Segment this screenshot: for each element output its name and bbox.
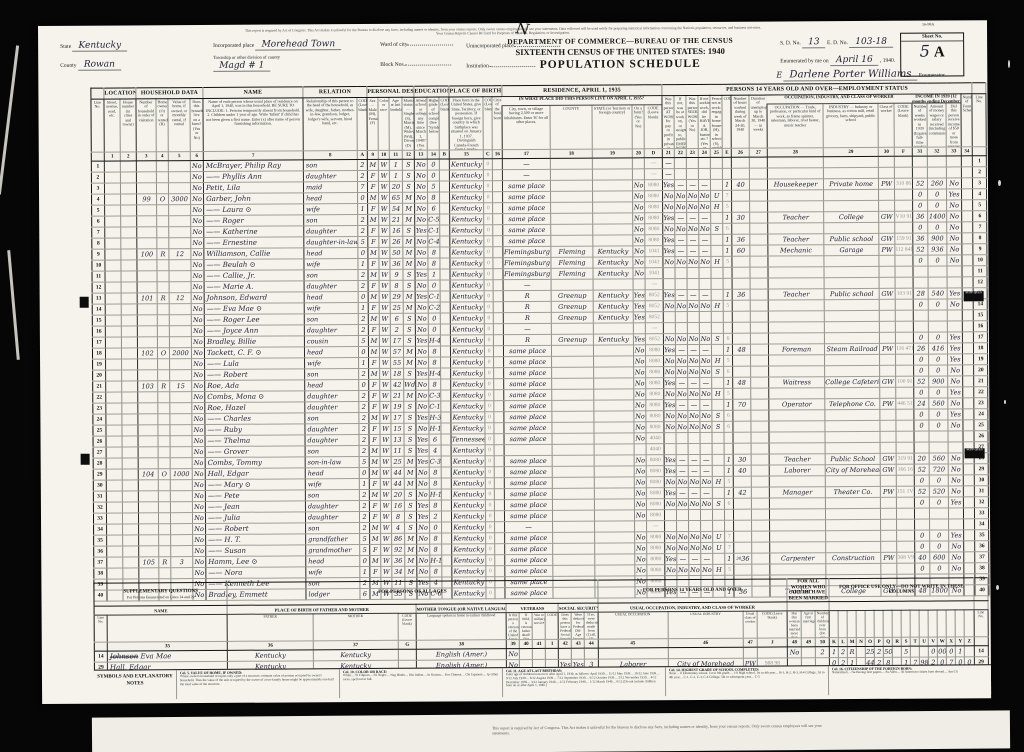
cell-gr: H-1 (430, 555, 442, 566)
cell-gr: H-1 (429, 489, 441, 500)
cell-val: 15 (170, 381, 192, 392)
column-number: 11 (389, 150, 402, 159)
cell-dcode: 8080 (647, 510, 665, 521)
cell-age: 13 (391, 434, 404, 445)
cell-rcounty: Fleming (551, 257, 593, 268)
cell-name: Roe, Ada (205, 380, 305, 392)
cell-tenure (157, 260, 169, 271)
cell-o13: 0 (947, 646, 956, 657)
cell-farm: No (191, 281, 204, 292)
cell-ln2: 16 (974, 321, 988, 332)
cell-tenure (158, 425, 170, 436)
cell-farm: No (191, 336, 204, 347)
cell-fcode (897, 563, 915, 574)
cell-ln: 8 (92, 238, 105, 249)
cell-uocc (598, 648, 668, 659)
cell-race: W (380, 456, 391, 467)
cell-rcity: same place (504, 422, 552, 433)
cell-bcode (440, 192, 450, 203)
cell-rfarm: No (634, 433, 646, 444)
cell-e3: No (688, 421, 700, 432)
cell-ln2: 18 (974, 343, 988, 354)
cell-cls (880, 387, 896, 398)
column-desc: Usual class of worker (743, 611, 757, 638)
cell-rc: 2 (359, 423, 369, 434)
cell-wage (927, 167, 946, 178)
cell-occ (767, 157, 823, 168)
cell-ind: Public school (824, 288, 879, 299)
cell-hrs (733, 443, 751, 454)
cell-fcode (895, 332, 913, 343)
cell-ecode: 1 (723, 212, 732, 223)
cell-age: 2 (390, 324, 403, 335)
cell-wks: 0 (914, 387, 929, 398)
cell-e1: No (665, 543, 677, 554)
cell-ecode (723, 267, 732, 278)
cell-house (122, 513, 138, 524)
cell-wks: 0 (913, 299, 928, 310)
cell-wage: 1400 (928, 211, 947, 222)
cell-house (121, 304, 137, 315)
cell-fcode (897, 508, 915, 519)
sheet-letter: A (934, 44, 945, 60)
cell-dur (751, 443, 769, 454)
cell-cit (494, 368, 504, 379)
cell-ecode: 5 (723, 300, 732, 311)
cell-gr: 0 (428, 313, 440, 324)
cell-hh (137, 260, 157, 271)
cell-e1: No (664, 389, 676, 400)
column-desc (901, 610, 910, 637)
column-desc: Marital status — Single (S), Married (M)… (402, 97, 414, 150)
cell-sex: F (368, 203, 379, 214)
cell-o8: 5 (902, 646, 911, 657)
cell-e1: No (664, 367, 676, 378)
cell-sch: No (415, 214, 428, 225)
cell-hrs (734, 564, 752, 575)
cell-rfarm: No (634, 488, 646, 499)
cell-e5: U (713, 531, 725, 542)
cell-rc: 1 (360, 566, 370, 577)
cell-dcode: 8080 (646, 389, 664, 400)
cell-rstate (594, 345, 634, 356)
column-desc: CODE (Leave blank) (398, 613, 416, 640)
cell-cls: PW (880, 398, 896, 409)
cell-bcode (441, 412, 451, 423)
cell-street (105, 238, 121, 249)
cell-street (106, 480, 122, 491)
cell-ln: 21 (93, 381, 106, 392)
cell-fcode (895, 255, 913, 266)
column-number: A (357, 150, 367, 159)
cell-mar: M (403, 291, 415, 302)
cell-e4: — (700, 344, 712, 355)
cell-house (121, 260, 137, 271)
cell-rcounty (552, 444, 594, 455)
cell-hh: 105 (139, 557, 159, 568)
cell-fcode (895, 310, 913, 321)
cell-age: 55 (391, 357, 404, 368)
cell-race: W (379, 291, 390, 302)
cell-race: W (380, 357, 391, 368)
cell-ecode: 6 (723, 333, 732, 344)
cell-farm: No (191, 226, 204, 237)
column-number: 5 (168, 152, 190, 161)
cell-rcounty (553, 554, 595, 565)
explanatory-note: Col. 10. COLOR OR RACE:White.... W Filip… (339, 668, 502, 698)
cell-sch: No (416, 467, 429, 478)
cell-val (170, 491, 192, 502)
cell-farm: No (192, 402, 205, 413)
cell-house (121, 194, 137, 205)
cell-fs (962, 211, 973, 222)
cell-rc: 2 (359, 401, 369, 412)
cell-rcity: same place (504, 411, 552, 422)
cell-cls: PW (880, 486, 896, 497)
cell-tenure: O (157, 348, 169, 359)
cell-cls: PW (879, 244, 895, 255)
column-desc: Highest grade of school completed. (See … (427, 97, 439, 150)
column-number: 22 (674, 149, 686, 158)
cell-sex: F (367, 181, 378, 192)
cell-age: 8 (391, 511, 404, 522)
cell-street (105, 194, 121, 205)
cell-mar: S (403, 324, 415, 335)
cell-hrs (733, 432, 751, 443)
cell-bp: Kentucky (451, 489, 485, 500)
cell-ind (824, 321, 879, 332)
cell-name: Bradley, Billie (204, 336, 304, 348)
cell-oth: No (948, 464, 963, 475)
cell-dcode: 8080 (645, 180, 663, 191)
column-number: G (398, 640, 416, 649)
cell-house (123, 557, 139, 568)
cell-wage: 520 (929, 486, 948, 497)
note-body: Enter age of children born on or after A… (506, 672, 662, 688)
cell-ecode (724, 443, 733, 454)
cell-name: —— Roger (204, 215, 304, 227)
cell-dur (752, 564, 770, 575)
cell-hh: 102 (137, 348, 157, 359)
cell-fs (963, 365, 974, 376)
cell-ecode: 1 (724, 465, 733, 476)
cell-e5: H (711, 256, 723, 267)
cell-e5 (711, 179, 723, 190)
cell-e5: H (713, 564, 725, 575)
cell-rcounty (552, 466, 594, 477)
cell-age: 20 (391, 489, 404, 500)
cell-occ (769, 476, 825, 487)
cell-hh (137, 271, 157, 282)
cell-bp: Kentucky (451, 467, 485, 478)
cell-mar: Wd (404, 379, 416, 390)
cell-e1: No (663, 301, 675, 312)
cell-cit (494, 456, 504, 467)
cell-ind (824, 310, 879, 321)
cell-e1: Yes (663, 180, 675, 191)
cell-mar: M (404, 467, 416, 478)
cell-dcode: 1041 (645, 257, 663, 268)
column-number (94, 642, 107, 651)
cell-rc: 2 (359, 445, 369, 456)
cell-sch: Yes (415, 291, 428, 302)
cell-e3: — (688, 487, 700, 498)
cell-e4: No (700, 476, 712, 487)
cell-e4: No (700, 388, 712, 399)
cell-s2 (572, 648, 585, 659)
cell-wks: 0 (913, 200, 928, 211)
cell-rel: head (305, 380, 359, 391)
cell-dur (751, 476, 769, 487)
cell-tenure: O (158, 469, 170, 480)
cell-fcode (897, 497, 915, 508)
cell-rel: daughter (304, 226, 358, 237)
column-desc: Age at first marriage (801, 611, 815, 638)
cell-cit (493, 247, 503, 258)
cell-rfarm (635, 521, 647, 532)
column-desc (874, 610, 883, 637)
cell-farm: No (192, 479, 205, 490)
cell-rc: 2 (358, 225, 368, 236)
cell-cit (493, 203, 503, 214)
cell-fcode (895, 222, 913, 233)
cell-rfarm: No (633, 235, 645, 246)
cell-dcode: — (645, 279, 663, 290)
cell-bp: Kentucky (450, 269, 484, 280)
cell-dcode: 8080 (645, 224, 663, 235)
cell-bp: Kentucky (451, 401, 485, 412)
cell-ccode: 0 (485, 467, 494, 478)
cell-val (169, 271, 191, 282)
cell-name: —— H. T. (206, 534, 306, 546)
cell-ecode: 1 (724, 454, 733, 465)
census-title: SIXTEENTH CENSUS OF THE UNITED STATES: 1… (410, 45, 830, 58)
cell-hrs: 36 (732, 289, 750, 300)
cell-ind (825, 365, 880, 376)
cell-rc: 2 (359, 489, 369, 500)
cell-e2: No (676, 334, 688, 345)
cell-cls (880, 442, 896, 453)
column-number: 25 (710, 148, 722, 157)
cell-sch: Yes (417, 511, 430, 522)
cell-race: W (379, 225, 390, 236)
cell-house (122, 403, 138, 414)
cell-occ (768, 322, 824, 333)
cell-street (106, 436, 122, 447)
cell-rc: 2 (357, 170, 367, 181)
cell-ccode: 0 (486, 522, 495, 533)
cell-cls: GW (879, 233, 895, 244)
cell-street (105, 315, 121, 326)
cell-rc: 7 (357, 181, 367, 192)
cell-fcode (896, 442, 914, 453)
cell-rcounty: Greenup (551, 301, 593, 312)
cell-race: W (380, 379, 391, 390)
cell-name: —— Ernestine (204, 237, 304, 249)
cell-ind (825, 420, 880, 431)
column-number: W (938, 637, 947, 646)
cell-e5: S (712, 421, 724, 432)
population-schedule-table: LOCATIONHOUSEHOLD DATANAMERELATIONPERSON… (90, 82, 990, 601)
cell-e4: — (699, 234, 711, 245)
cell-mar: S (405, 522, 417, 533)
cell-rc: 5 (360, 544, 370, 555)
cell-e3: No (688, 333, 700, 344)
cell-hrs (732, 300, 750, 311)
cell-e3: — (687, 212, 699, 223)
column-number: 19 (592, 149, 632, 158)
cell-rstate (594, 433, 634, 444)
cell-hh (138, 359, 158, 370)
cell-rfarm (632, 158, 644, 169)
cell-wage: 0 (928, 299, 947, 310)
cell-hrs: 48 (733, 344, 751, 355)
column-number: 23 (686, 148, 698, 157)
cell-wks: 0 (913, 189, 928, 200)
cell-rfarm: No (634, 378, 646, 389)
cell-race: W (381, 566, 392, 577)
cell-fs (963, 387, 974, 398)
cell-wks: 0 (914, 475, 929, 486)
cell-rc: 2 (359, 500, 369, 511)
supp-subgroup (787, 602, 829, 611)
cell-ind (824, 200, 879, 211)
cell-e2: No (675, 202, 687, 213)
cell-age: 9 (390, 269, 403, 280)
cell-street (106, 403, 122, 414)
cell-rcity (504, 444, 552, 455)
cell-sch: No (415, 247, 428, 258)
column-number: 16 (492, 150, 502, 159)
cell-dcode: — (645, 323, 663, 334)
cell-mar: S (404, 500, 416, 511)
cell-rc: 1 (358, 258, 368, 269)
cell-e2 (675, 312, 687, 323)
cell-e5: H (711, 300, 723, 311)
cell-hh: 104 (138, 469, 158, 480)
cell-cls (879, 255, 895, 266)
cell-wage: 416 (929, 343, 948, 354)
cell-street (105, 348, 121, 359)
cell-rfarm (633, 279, 645, 290)
cell-dur (750, 234, 768, 245)
cell-sex: M (370, 555, 381, 566)
cell-bp: Kentucky (450, 214, 484, 225)
cell-house (122, 469, 138, 480)
column-number (91, 152, 104, 161)
cell-rfarm: No (634, 345, 646, 356)
cell-s3 (585, 648, 598, 659)
cell-bp: Kentucky (450, 324, 484, 335)
column-group (91, 88, 104, 99)
cell-wks (913, 266, 928, 277)
cell-fs (963, 420, 974, 431)
cell-age: 29 (390, 291, 403, 302)
cell-ccode: 0 (484, 225, 493, 236)
cell-cls (880, 431, 896, 442)
cell-cls (881, 497, 897, 508)
column-group: PERSONAL DESCRIPTION (367, 86, 414, 97)
cell-ccode: 0 (485, 489, 494, 500)
cell-rcounty (550, 158, 592, 169)
cell-cit (493, 291, 503, 302)
column-number: 1 (104, 152, 120, 161)
cell-sch: No (415, 192, 428, 203)
cell-fcode: 112 841 (895, 244, 913, 255)
cell-sch: No (415, 302, 428, 313)
column-number: 17 (502, 149, 550, 158)
cell-e4 (699, 278, 711, 289)
cell-rel: head (304, 292, 358, 303)
film-speck (998, 180, 1001, 186)
cell-rcity: same place (503, 224, 551, 235)
column-desc (883, 610, 892, 637)
cell-race: W (381, 544, 392, 555)
cell-dur (749, 168, 767, 179)
cell-hrs (732, 256, 750, 267)
cell-dur (752, 498, 770, 509)
cell-e5: S (713, 498, 725, 509)
cell-rcity: same place (503, 202, 551, 213)
cell-ind (826, 541, 881, 552)
cell-fcode (896, 354, 914, 365)
cell-e5 (711, 234, 723, 245)
cell-rstate (593, 323, 633, 334)
cell-cit (493, 236, 503, 247)
cell-rfarm (633, 323, 645, 334)
column-number: Q (884, 637, 893, 646)
cell-dur (751, 454, 769, 465)
cell-rel: son (305, 369, 359, 380)
cell-ccode: 0 (486, 544, 495, 555)
cell-dur (750, 278, 768, 289)
cell-house (122, 447, 138, 458)
cell-wage: 720 (929, 464, 948, 475)
cell-hh (136, 172, 156, 183)
cell-oth: No (948, 486, 963, 497)
cell-val (169, 260, 191, 271)
cell-rfarm: No (634, 499, 646, 510)
cell-bcode (441, 489, 451, 500)
column-number (972, 147, 986, 156)
cell-bp: Kentucky (450, 225, 484, 236)
cell-val (170, 359, 192, 370)
cell-rc: 0 (358, 346, 368, 357)
cell-rcounty (551, 202, 593, 213)
cell-bcode (442, 555, 452, 566)
cell-fcode (896, 420, 914, 431)
cell-cls (880, 365, 896, 376)
cell-ind: Theater Co. (825, 486, 880, 497)
cell-street (106, 414, 122, 425)
cell-hh (138, 491, 158, 502)
cell-tenure: R (157, 249, 169, 260)
cell-dur (751, 388, 769, 399)
cell-ccode: 0 (485, 379, 494, 390)
cell-rfarm: No (635, 532, 647, 543)
cell-ln2: 38 (975, 563, 989, 574)
cell-rfarm (632, 169, 644, 180)
cell-hh (138, 480, 158, 491)
cell-cit (493, 225, 503, 236)
supplementary-grid: SUPPLEMENTARY QUESTIONSFor Persons Enume… (93, 577, 989, 673)
cell-dcode: 8080 (646, 466, 664, 477)
cell-e3 (687, 322, 699, 333)
cell-fcode: 103 91 (895, 288, 913, 299)
cell-rcity: same place (504, 433, 552, 444)
cell-e2: No (677, 499, 689, 510)
cell-sex: M (368, 291, 379, 302)
